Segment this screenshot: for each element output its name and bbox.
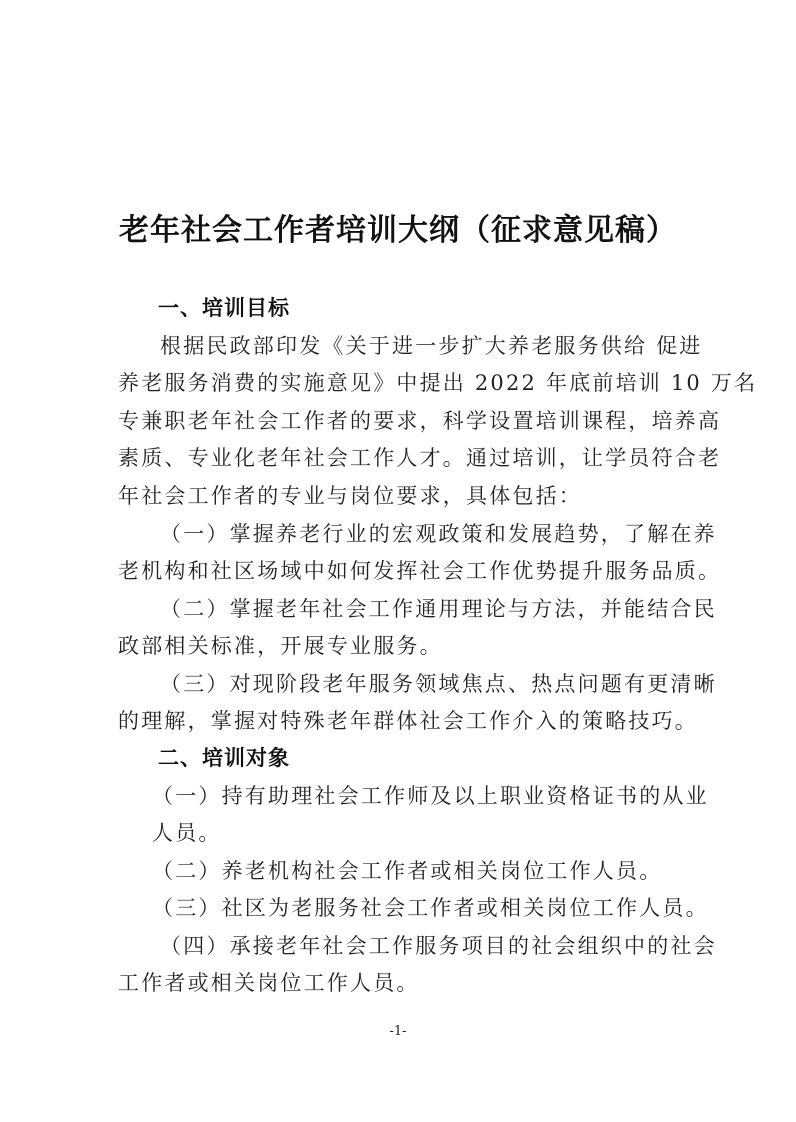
- section-heading-training-targets: 二、培训对象: [158, 742, 290, 772]
- paragraph-line: 专兼职老年社会工作者的要求，科学设置培训课程，培养高: [118, 405, 721, 435]
- section-heading-training-goals: 一、培训目标: [158, 292, 290, 322]
- list-item-line: 工作者或相关岗位工作人员。: [118, 967, 420, 997]
- page-number: -1-: [0, 1024, 796, 1039]
- list-item-line: （二）掌握老年社会工作通用理论与方法，并能结合民: [160, 593, 717, 623]
- list-item-line: 老机构和社区场域中如何发挥社会工作优势提升服务品质。: [118, 555, 721, 585]
- list-item-line: （一）掌握养老行业的宏观政策和发展趋势，了解在养: [160, 518, 717, 548]
- list-item-line: 政部相关标准，开展专业服务。: [118, 630, 443, 660]
- paragraph-line: 年社会工作者的专业与岗位要求，具体包括：: [118, 480, 582, 510]
- paragraph-line: 养老服务消费的实施意见》中提出 2022 年底前培训 10 万名: [118, 367, 757, 397]
- list-item-line: 人员。: [152, 817, 222, 847]
- list-item-line: 的理解，掌握对特殊老年群体社会工作介入的策略技巧。: [118, 705, 698, 735]
- paragraph-line: 素质、专业化老年社会工作人才。通过培训，让学员符合老: [118, 442, 721, 472]
- document-title: 老年社会工作者培训大纲（征求意见稿）: [0, 205, 796, 249]
- list-item-line: （二）养老机构社会工作者或相关岗位工作人员。: [152, 855, 662, 885]
- list-item-line: （三）对现阶段老年服务领域焦点、热点问题有更清晰: [160, 668, 717, 698]
- list-item-line: （四）承接老年社会工作服务项目的社会组织中的社会: [160, 930, 717, 960]
- paragraph-line: 根据民政部印发《关于进一步扩大养老服务供给 促进: [160, 330, 702, 360]
- document-page: 老年社会工作者培训大纲（征求意见稿） 一、培训目标 根据民政部印发《关于进一步扩…: [0, 0, 796, 1122]
- list-item-line: （一）持有助理社会工作师及以上职业资格证书的从业: [152, 780, 709, 810]
- list-item-line: （三）社区为老服务社会工作者或相关岗位工作人员。: [152, 892, 709, 922]
